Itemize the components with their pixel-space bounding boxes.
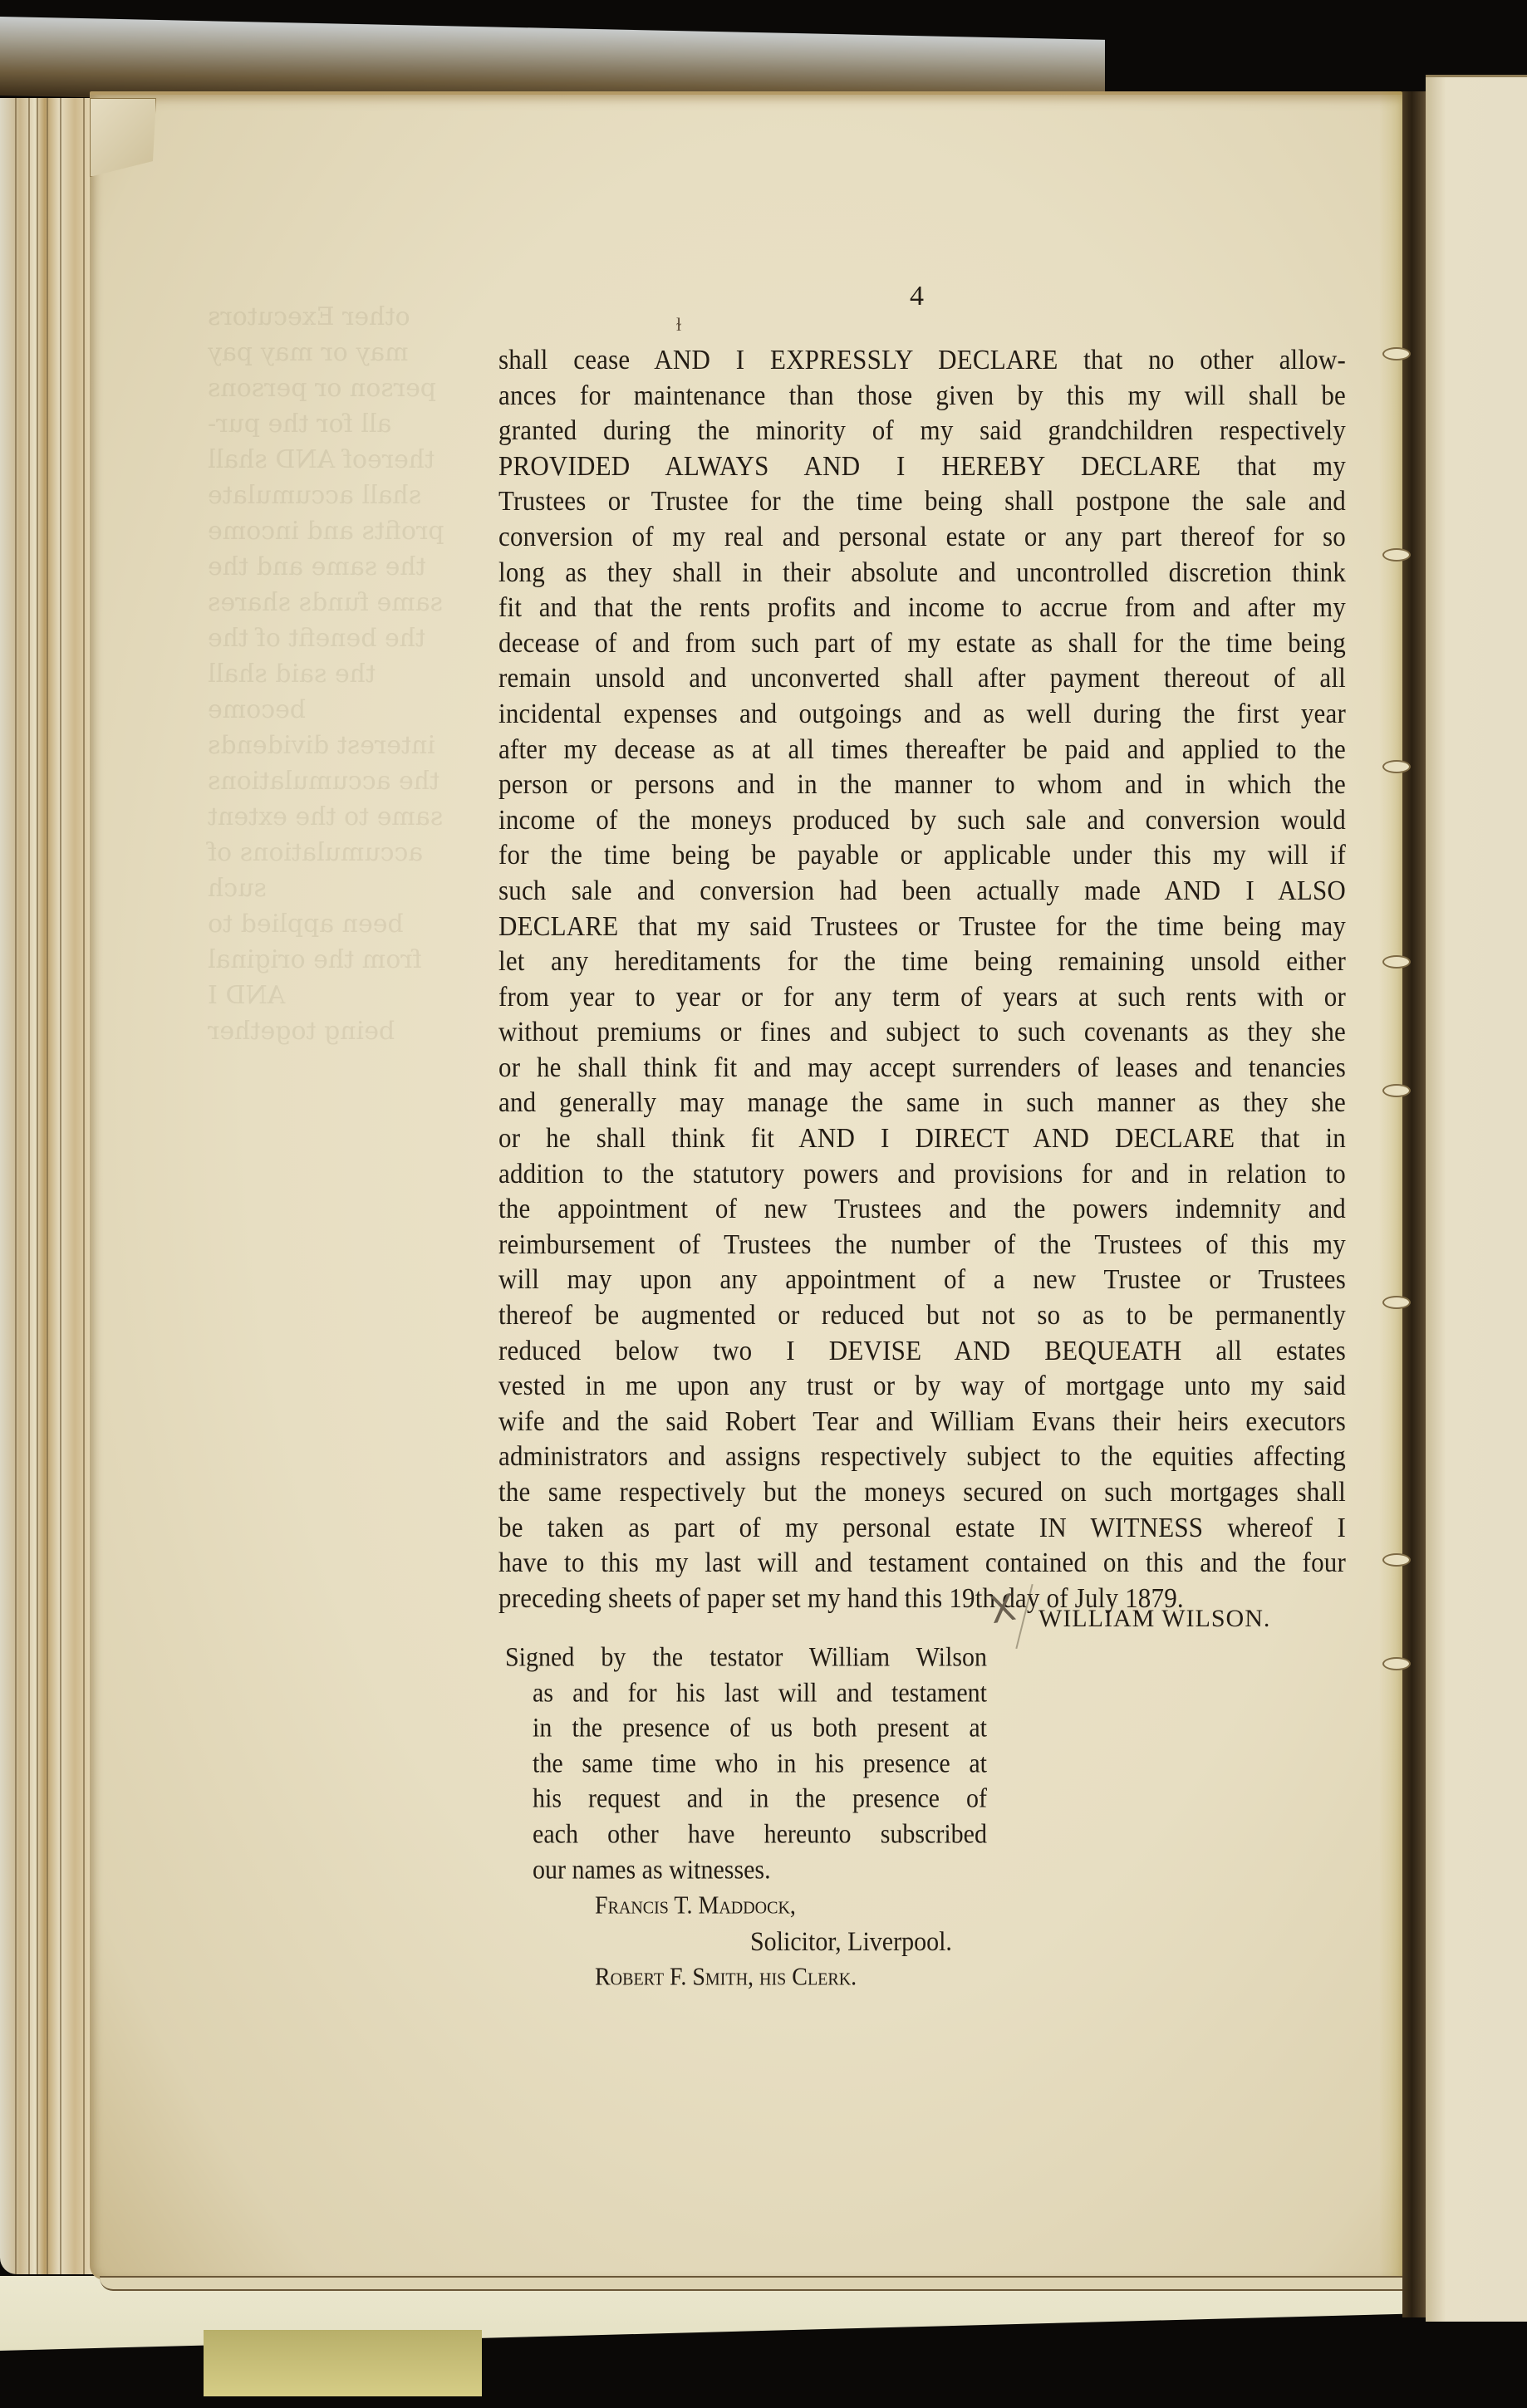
scanned-book-spread: other Executorsmay or may payperson or p… (0, 0, 1527, 2408)
page-edge-line (28, 98, 30, 2274)
binding-thread (1382, 548, 1411, 562)
text-line: decease of and from such part of my esta… (498, 624, 1346, 662)
text-line: the appointment of new Trustees and the … (498, 1190, 1346, 1229)
page-number: 4 (910, 281, 924, 312)
text-line: ances for maintenance than those given b… (498, 376, 1346, 414)
witness-title-solicitor: Solicitor, Liverpool. (750, 1922, 987, 1960)
text-line: conversion of my real and personal estat… (498, 517, 1346, 556)
testator-signature: WILLIAM WILSON. (1038, 1605, 1270, 1633)
text-line: be taken as part of my personal estate I… (498, 1508, 1346, 1547)
text-line: vested in me upon any trust or by way of… (498, 1367, 1346, 1405)
binding-thread (1382, 1553, 1411, 1567)
gutter-shadow (1379, 91, 1404, 2276)
text-line: or he shall think fit AND I DIRECT AND D… (498, 1119, 1346, 1157)
text-line: granted during the minority of my said g… (498, 411, 1346, 449)
binding-thread (1382, 760, 1411, 773)
text-line: income of the moneys produced by such sa… (498, 801, 1346, 839)
text-line: remain unsold and unconverted shall afte… (498, 660, 1346, 698)
text-line: person or persons and in the manner to w… (498, 765, 1346, 803)
text-line: without premiums or fines and subject to… (498, 1013, 1346, 1052)
binding-thread (1382, 1084, 1411, 1097)
text-line: for the time being be payable or applica… (498, 836, 1346, 875)
page-edge-line (15, 98, 17, 2274)
text-line: Trustees or Trustee for the time being s… (498, 483, 1346, 521)
text-line: from year to year or for any term of yea… (498, 978, 1346, 1016)
text-line: will may upon any appointment of a new T… (498, 1261, 1346, 1299)
text-line: reduced below two I DEVISE AND BEQUEATH … (498, 1332, 1346, 1370)
witness-name-smith: Robert F. Smith, his Clerk. (595, 1958, 987, 1996)
attestation-line: in the presence of us both present at (533, 1709, 987, 1748)
left-page-stack-edges (0, 98, 100, 2274)
text-line: shall cease AND I EXPRESSLY DECLARE that… (498, 341, 1346, 379)
text-line: reimbursement of Trustees the number of … (498, 1225, 1346, 1263)
attestation-line: as and for his last will and testament (533, 1675, 987, 1713)
page-edge-line (60, 98, 61, 2274)
page-edge-line (47, 98, 48, 2274)
book-spine-gutter (1402, 91, 1426, 2317)
witness-name-maddock: Francis T. Maddock, (595, 1886, 987, 1925)
text-line: incidental expenses and outgoings and as… (498, 694, 1346, 733)
text-line: long as they shall in their absolute and… (498, 553, 1346, 591)
binding-thread (1382, 1296, 1411, 1309)
text-line: or he shall think fit and may accept sur… (498, 1048, 1346, 1086)
binding-thread (1382, 347, 1411, 360)
binding-thread (1382, 1657, 1411, 1670)
attestation-line: our names as witnesses. (533, 1851, 987, 1890)
text-line: PROVIDED ALWAYS AND I HEREBY DECLARE tha… (498, 447, 1346, 485)
text-line: administrators and assigns respectively … (498, 1438, 1346, 1476)
attestation-line: the same time who in his presence at (533, 1745, 987, 1783)
attestation-clause: Signed by the testator William Wilson as… (505, 1640, 987, 1995)
will-body-text: shall cease AND I EXPRESSLY DECLARE that… (498, 342, 1346, 1616)
text-line: DECLARE that my said Trustees or Trustee… (498, 907, 1346, 945)
text-line: and generally may manage the same in suc… (498, 1084, 1346, 1122)
attestation-line: Signed by the testator William Wilson (505, 1639, 987, 1677)
attestation-line: each other have hereunto subscribed (533, 1816, 987, 1854)
text-line: wife and the said Robert Tear and Willia… (498, 1402, 1346, 1440)
page-edge-line (37, 98, 38, 2274)
attestation-line: his request and in the presence of (533, 1781, 987, 1819)
bottom-paper-tab (204, 2330, 482, 2396)
text-line: addition to the statutory powers and pro… (498, 1155, 1346, 1193)
text-line: let any hereditaments for the time being… (498, 942, 1346, 980)
page-edge-line (83, 98, 85, 2274)
text-line: such sale and conversion had been actual… (498, 871, 1346, 910)
text-line: fit and that the rents profits and incom… (498, 588, 1346, 626)
margin-mark: ɫ (676, 314, 681, 336)
text-line: after my decease as at all times thereaf… (498, 730, 1346, 768)
right-facing-page (1426, 75, 1527, 2322)
page-bottom-edge (100, 2276, 1404, 2291)
binding-thread (1382, 955, 1411, 969)
text-line: have to this my last will and testament … (498, 1543, 1346, 1582)
bleed-through-text: other Executorsmay or may payperson or p… (208, 299, 457, 1049)
text-line: the same respectively but the moneys sec… (498, 1473, 1346, 1511)
text-line: thereof be augmented or reduced but not … (498, 1296, 1346, 1334)
